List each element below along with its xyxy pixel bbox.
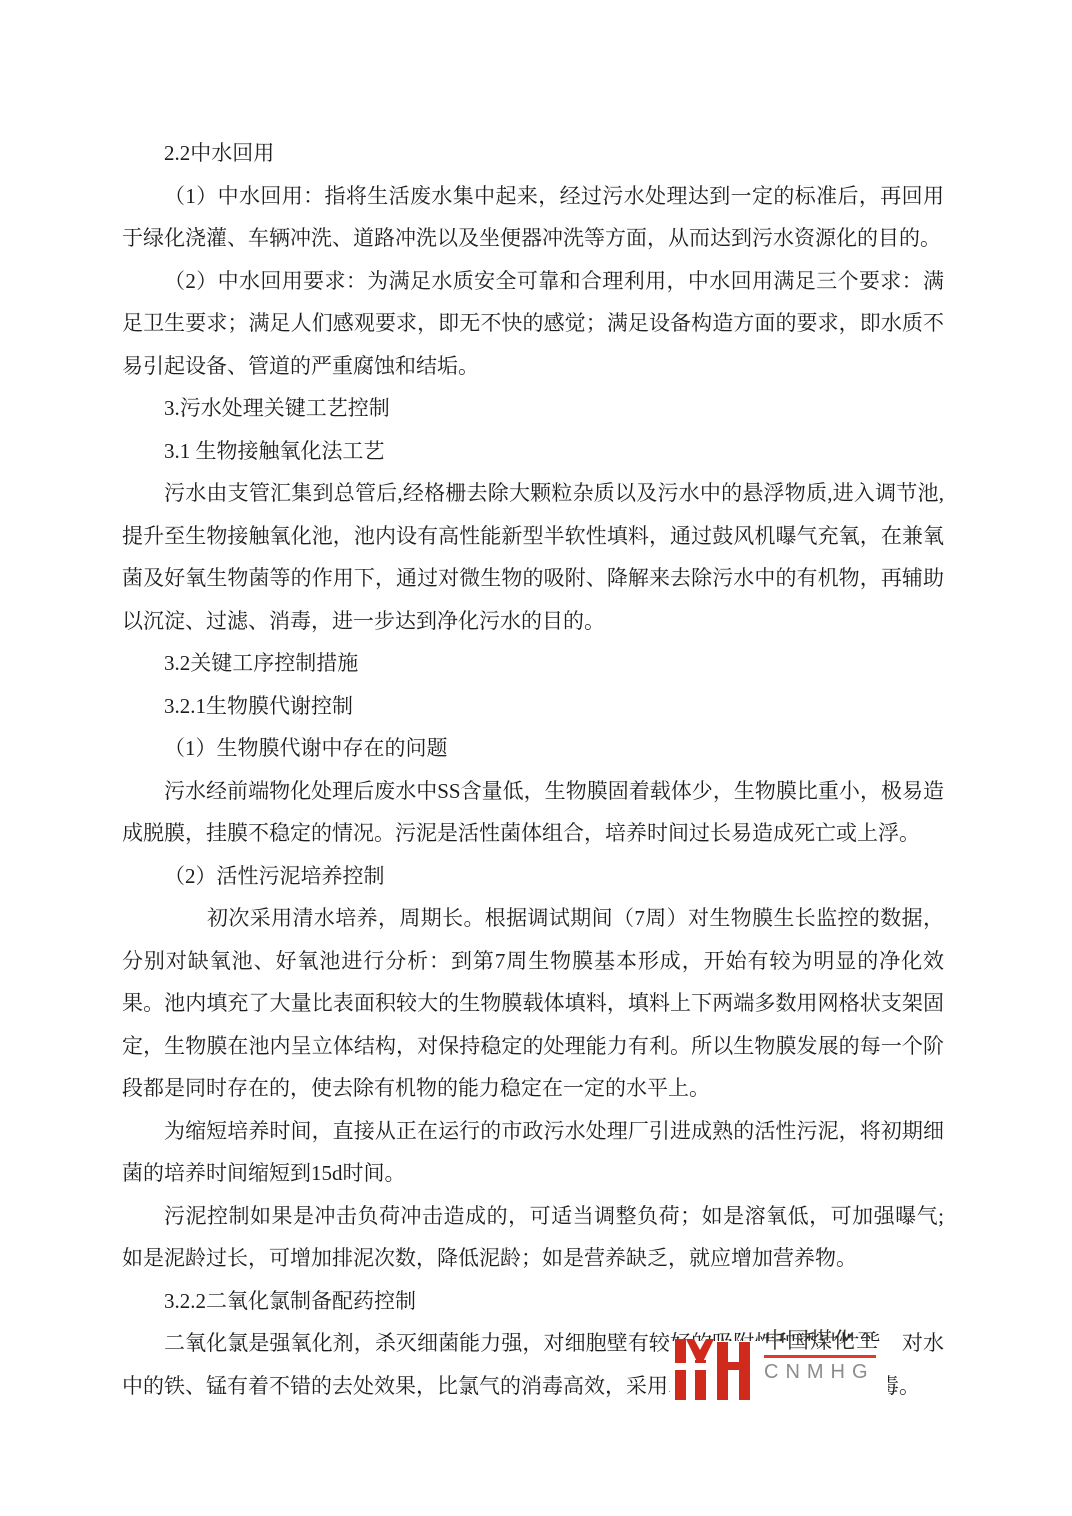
paragraph: 污泥控制如果是冲击负荷冲击造成的，可适当调整负荷；如是溶氧低，可加强曝气;如是泥… bbox=[122, 1195, 944, 1280]
document-page: { "page": { "background": "#ffffff", "te… bbox=[0, 0, 1072, 1516]
heading: 3.1 生物接触氧化法工艺 bbox=[122, 430, 944, 473]
paragraph: （1）中水回用：指将生活废水集中起来，经过污水处理达到一定的标准后，再回用于绿化… bbox=[122, 175, 944, 260]
watermark: 中国煤化工 CNMHG bbox=[670, 1328, 888, 1400]
paragraph: 初次采用清水培养，周期长。根据调试期间（7周）对生物膜生长监控的数据，分别对缺氧… bbox=[122, 897, 944, 1110]
heading: （1）生物膜代谢中存在的问题 bbox=[122, 727, 944, 770]
paragraph: 为缩短培养时间，直接从正在运行的市政污水处理厂引进成熟的活性污泥，将初期细菌的培… bbox=[122, 1110, 944, 1195]
last-paragraph-container: 二氧化氯是强氧化剂，杀灭细菌能力强，对细胞壁有较好的吸附性和透过性能，对水中的铁… bbox=[122, 1322, 944, 1407]
heading: 3.2.2二氧化氯制备配药控制 bbox=[122, 1280, 944, 1323]
watermark-title: 中国煤化工 bbox=[764, 1328, 888, 1354]
heading: 3.2关键工序控制措施 bbox=[122, 642, 944, 685]
paragraph: （2）中水回用要求：为满足水质安全可靠和合理利用，中水回用满足三个要求：满足卫生… bbox=[122, 260, 944, 388]
watermark-subtitle: CNMHG bbox=[764, 1361, 888, 1383]
cnmhg-logo-icon bbox=[672, 1332, 752, 1400]
paragraph: 污水经前端物化处理后废水中SS含量低，生物膜固着载体少，生物膜比重小，极易造成脱… bbox=[122, 770, 944, 855]
watermark-text-block: 中国煤化工 CNMHG bbox=[764, 1328, 888, 1383]
heading: 3.2.1生物膜代谢控制 bbox=[122, 685, 944, 728]
heading: 2.2中水回用 bbox=[122, 132, 944, 175]
heading: 3.污水处理关键工艺控制 bbox=[122, 387, 944, 430]
paragraph: 污水由支管汇集到总管后,经格栅去除大颗粒杂质以及污水中的悬浮物质,进入调节池,提… bbox=[122, 472, 944, 642]
watermark-underline bbox=[764, 1355, 876, 1358]
document-body: 2.2中水回用 （1）中水回用：指将生活废水集中起来，经过污水处理达到一定的标准… bbox=[122, 132, 944, 1407]
heading: （2）活性污泥培养控制 bbox=[122, 855, 944, 898]
